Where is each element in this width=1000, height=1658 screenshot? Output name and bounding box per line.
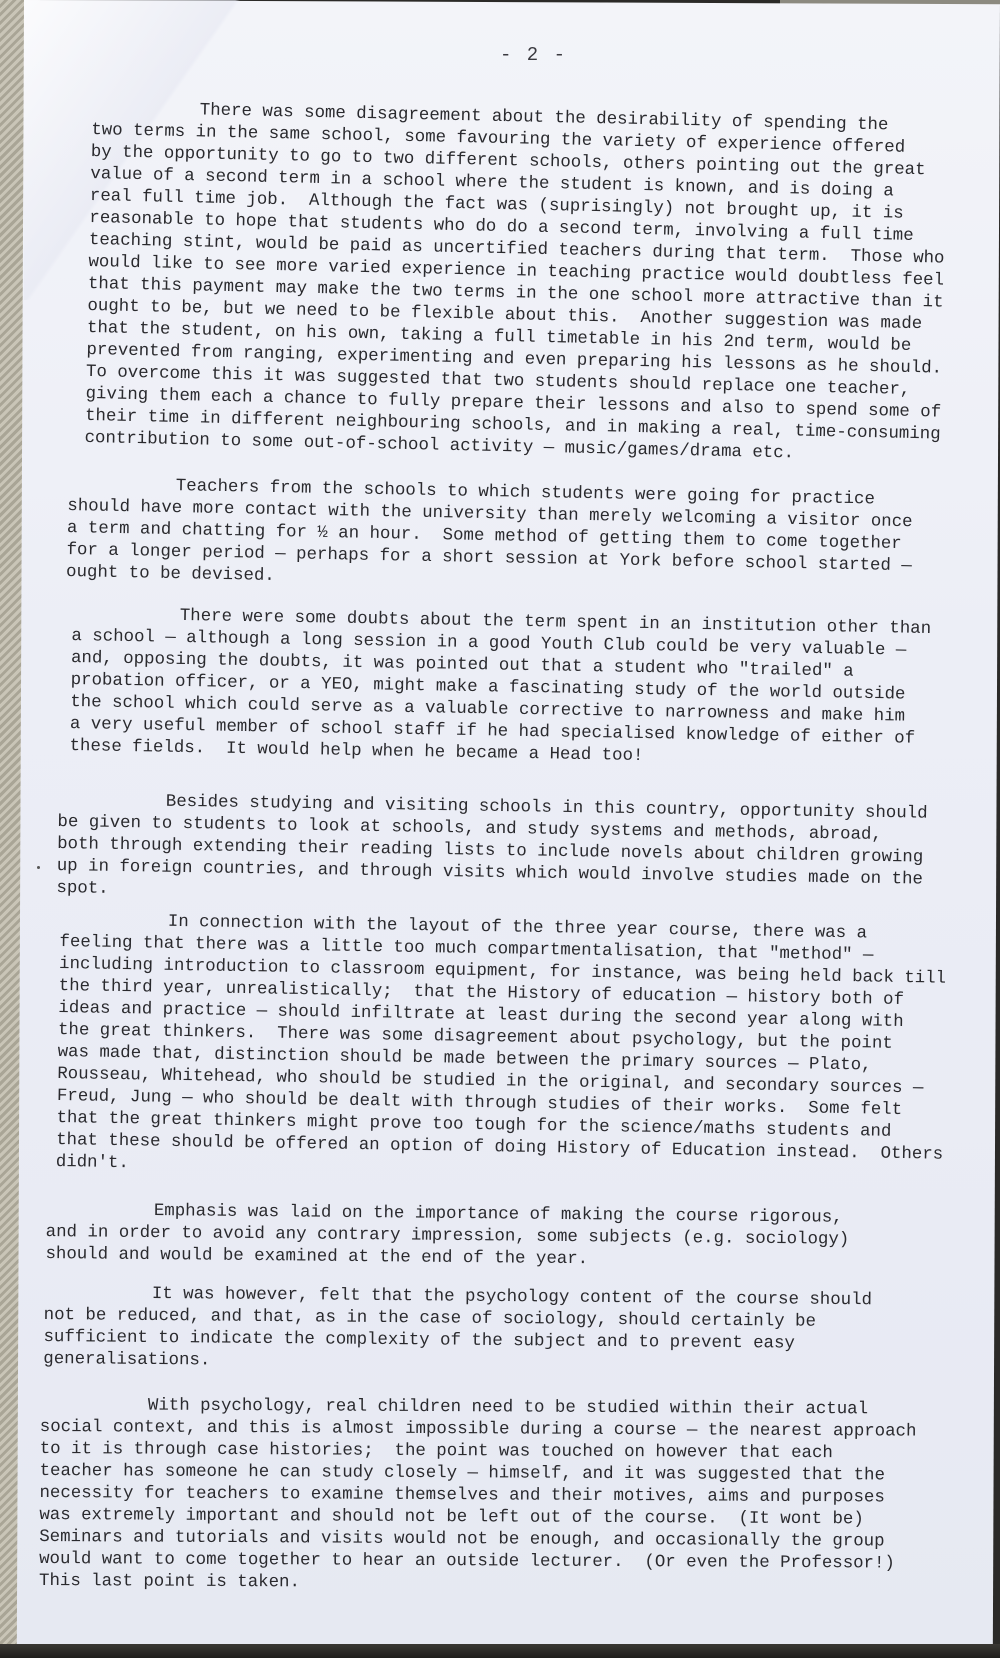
paragraph-teachers-contact: Teachers from the schools to which stude… <box>66 474 913 600</box>
paragraph-psychology-content: It was however, felt that the psychology… <box>43 1283 872 1378</box>
ink-speck <box>37 866 40 869</box>
background-bottom-edge <box>0 1644 1000 1658</box>
page-number: - 2 - <box>500 44 567 66</box>
paragraph-abroad: Besides studying and visiting schools in… <box>56 790 927 914</box>
paragraph-two-terms: There was some disagreement about the de… <box>84 98 947 469</box>
paragraph-course-layout: In connection with the layout of the thr… <box>56 910 947 1189</box>
typed-document: - 2 - There was some disagreement about … <box>0 0 1000 1658</box>
paragraph-institution-term: There were some doubts about the term sp… <box>69 604 931 773</box>
text-line: This last point is taken. <box>39 1571 916 1598</box>
paragraph-rigour: Emphasis was laid on the importance of m… <box>45 1200 849 1274</box>
paragraph-real-children: With psychology, real children need to b… <box>39 1395 917 1598</box>
